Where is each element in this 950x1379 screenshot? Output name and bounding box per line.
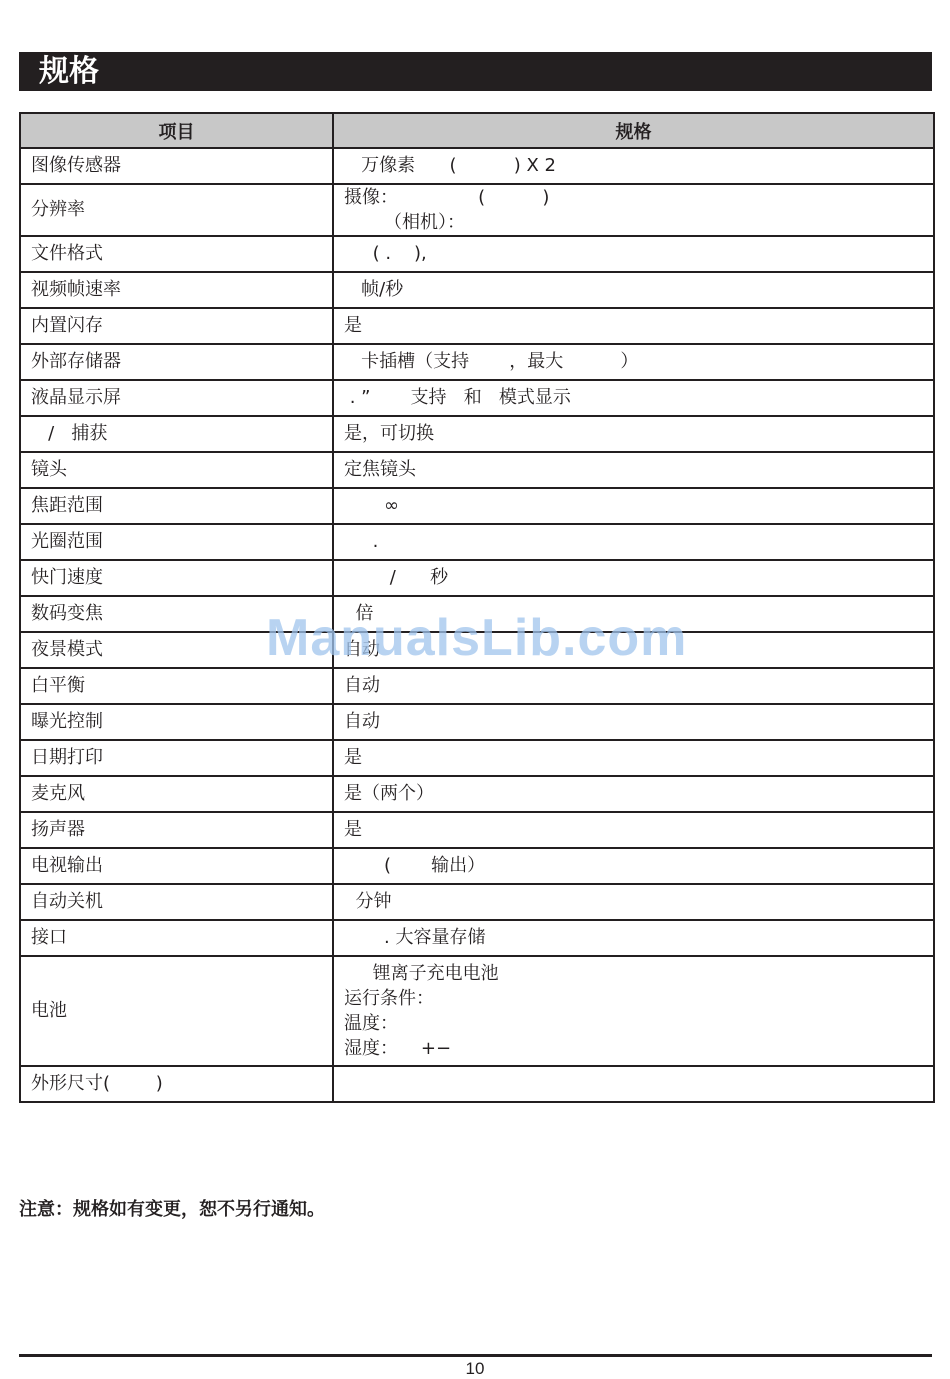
- spec-line: 摄像： ( ): [344, 185, 933, 210]
- table-row: 外形尺寸( ): [20, 1066, 934, 1102]
- item-cell: 分辨率: [20, 184, 333, 236]
- table-row: 文件格式 ( . ),: [20, 236, 934, 272]
- spec-cell: 万像素 ( ) X 2: [333, 148, 934, 184]
- spec-line: 锂离子充电电池: [344, 961, 933, 986]
- spec-cell: 帧/秒: [333, 272, 934, 308]
- item-cell: 扬声器: [20, 812, 333, 848]
- spec-line: （相机）：: [344, 210, 933, 235]
- table-row: 白平衡自动: [20, 668, 934, 704]
- spec-line: 运行条件：: [344, 986, 933, 1011]
- table-row: 电视输出 ( 输出）: [20, 848, 934, 884]
- spec-cell: 摄像： ( ) （相机）：: [333, 184, 934, 236]
- spec-cell: ∞: [333, 488, 934, 524]
- item-cell: 自动关机: [20, 884, 333, 920]
- table-row: 分辨率摄像： ( ) （相机）：: [20, 184, 934, 236]
- item-cell: 光圈范围: [20, 524, 333, 560]
- spec-cell: 锂离子充电电池运行条件：温度：湿度： +−: [333, 956, 934, 1066]
- item-cell: 日期打印: [20, 740, 333, 776]
- item-cell: 外部存储器: [20, 344, 333, 380]
- spec-cell: 是: [333, 740, 934, 776]
- spec-cell: ( . ),: [333, 236, 934, 272]
- table-row: 内置闪存是: [20, 308, 934, 344]
- table-row: 液晶显示屏 . ” 支持 和 模式显示: [20, 380, 934, 416]
- table-row: 数码变焦 倍: [20, 596, 934, 632]
- item-cell: / 捕获: [20, 416, 333, 452]
- table-row: 麦克风是（两个）: [20, 776, 934, 812]
- item-cell: 电视输出: [20, 848, 333, 884]
- page-number: 10: [0, 1359, 950, 1379]
- item-cell: 内置闪存: [20, 308, 333, 344]
- table-row: 外部存储器 卡插槽（支持 ，最大 ）: [20, 344, 934, 380]
- spec-cell: ( 输出）: [333, 848, 934, 884]
- table-row: 曝光控制自动: [20, 704, 934, 740]
- table-row: 图像传感器 万像素 ( ) X 2: [20, 148, 934, 184]
- spec-cell: 是: [333, 308, 934, 344]
- spec-cell: / 秒: [333, 560, 934, 596]
- item-cell: 外形尺寸( ): [20, 1066, 333, 1102]
- footnote: 注意：规格如有变更，恕不另行通知。: [19, 1195, 325, 1221]
- spec-cell: 是，可切换: [333, 416, 934, 452]
- spec-cell: . 大容量存储: [333, 920, 934, 956]
- spec-cell: 定焦镜头: [333, 452, 934, 488]
- table-row: / 捕获是，可切换: [20, 416, 934, 452]
- item-cell: 液晶显示屏: [20, 380, 333, 416]
- item-cell: 电池: [20, 956, 333, 1066]
- item-cell: 快门速度: [20, 560, 333, 596]
- spec-cell: 是: [333, 812, 934, 848]
- spec-line: 温度：: [344, 1011, 933, 1036]
- footer-divider: [19, 1354, 932, 1357]
- spec-cell: 自动: [333, 668, 934, 704]
- spec-cell: 分钟: [333, 884, 934, 920]
- spec-cell: . ” 支持 和 模式显示: [333, 380, 934, 416]
- page-title: 规格: [39, 52, 99, 91]
- item-cell: 麦克风: [20, 776, 333, 812]
- table-header-row: 项目 规格: [20, 113, 934, 148]
- item-cell: 图像传感器: [20, 148, 333, 184]
- item-cell: 夜景模式: [20, 632, 333, 668]
- spec-cell: 自动: [333, 704, 934, 740]
- table-row: 接口 . 大容量存储: [20, 920, 934, 956]
- spec-cell: 自动: [333, 632, 934, 668]
- table-row: 电池 锂离子充电电池运行条件：温度：湿度： +−: [20, 956, 934, 1066]
- column-header-item: 项目: [20, 113, 333, 148]
- column-header-spec: 规格: [333, 113, 934, 148]
- item-cell: 数码变焦: [20, 596, 333, 632]
- item-cell: 镜头: [20, 452, 333, 488]
- table-row: 快门速度 / 秒: [20, 560, 934, 596]
- spec-cell: 卡插槽（支持 ，最大 ）: [333, 344, 934, 380]
- table-row: 夜景模式自动: [20, 632, 934, 668]
- item-cell: 接口: [20, 920, 333, 956]
- spec-cell: 是（两个）: [333, 776, 934, 812]
- spec-line: 湿度： +−: [344, 1036, 933, 1061]
- item-cell: 文件格式: [20, 236, 333, 272]
- spec-cell: 倍: [333, 596, 934, 632]
- spec-cell: [333, 1066, 934, 1102]
- table-row: 光圈范围 .: [20, 524, 934, 560]
- section-title-bar: 规格: [19, 52, 932, 91]
- table-row: 自动关机 分钟: [20, 884, 934, 920]
- spec-cell: .: [333, 524, 934, 560]
- item-cell: 视频帧速率: [20, 272, 333, 308]
- table-row: 日期打印是: [20, 740, 934, 776]
- table-row: 视频帧速率 帧/秒: [20, 272, 934, 308]
- table-row: 焦距范围 ∞: [20, 488, 934, 524]
- item-cell: 白平衡: [20, 668, 333, 704]
- spec-table: 项目 规格 图像传感器 万像素 ( ) X 2 分辨率摄像： ( ) （相机）：…: [19, 112, 935, 1103]
- table-row: 镜头定焦镜头: [20, 452, 934, 488]
- item-cell: 曝光控制: [20, 704, 333, 740]
- table-row: 扬声器是: [20, 812, 934, 848]
- item-cell: 焦距范围: [20, 488, 333, 524]
